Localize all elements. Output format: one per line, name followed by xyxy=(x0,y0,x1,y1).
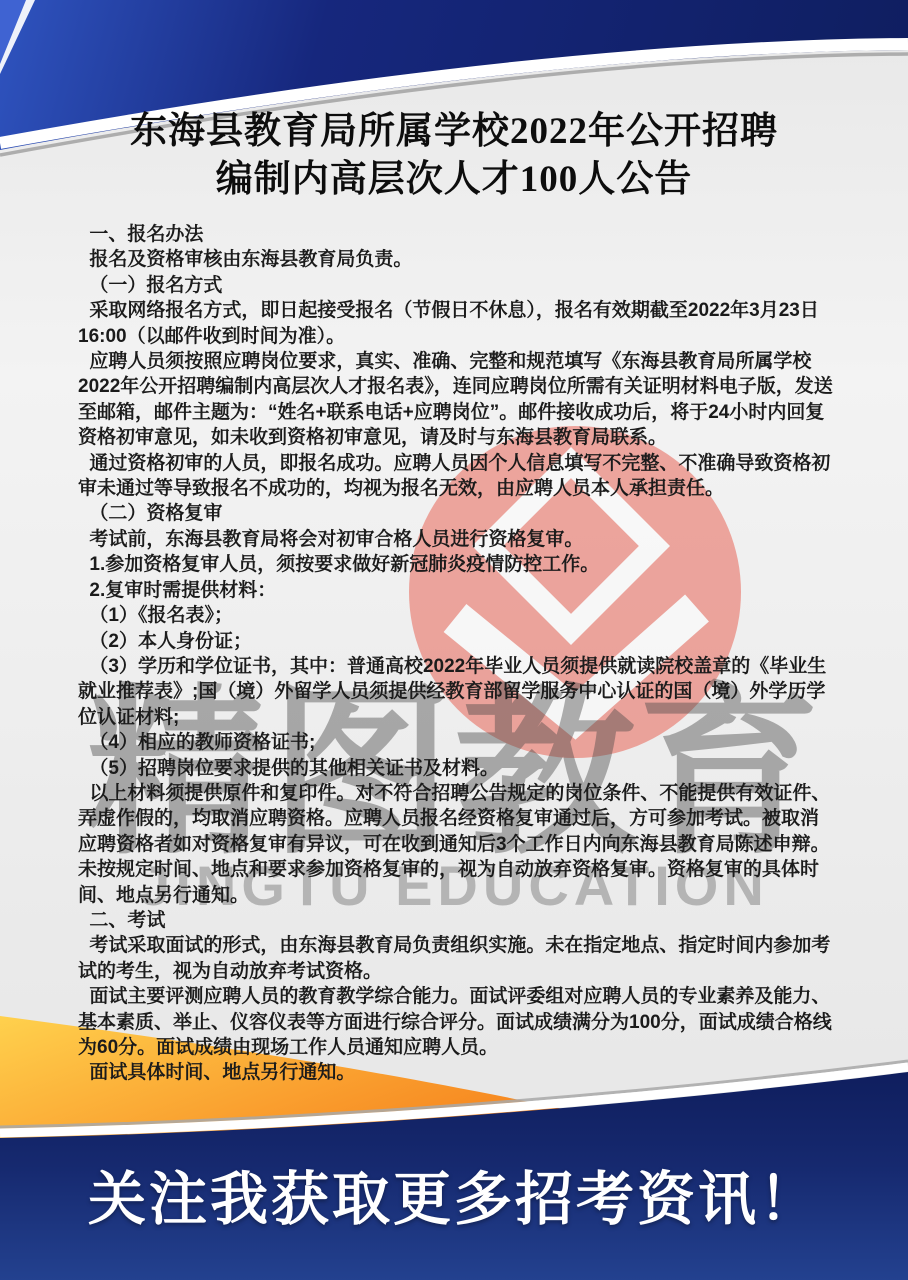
page-title: 东海县教育局所属学校2022年公开招聘 编制内高层次人才100人公告 xyxy=(0,108,908,204)
announcement-body: 一、报名办法报名及资格审核由东海县教育局负责。（一）报名方式采取网络报名方式，即… xyxy=(78,222,834,1086)
body-paragraph: 面试具体时间、地点另行通知。 xyxy=(78,1060,834,1085)
body-paragraph: （4）相应的教师资格证书; xyxy=(78,730,834,755)
body-paragraph: （二）资格复审 xyxy=(78,501,834,526)
body-paragraph: 报名及资格审核由东海县教育局负责。 xyxy=(78,247,834,272)
body-paragraph: 以上材料须提供原件和复印件。对不符合招聘公告规定的岗位条件、不能提供有效证件、弄… xyxy=(78,781,834,908)
body-paragraph: 1.参加资格复审人员，须按要求做好新冠肺炎疫情防控工作。 xyxy=(78,552,834,577)
content-layer: 东海县教育局所属学校2022年公开招聘 编制内高层次人才100人公告 一、报名办… xyxy=(0,0,908,1280)
body-paragraph: 考试采取面试的形式，由东海县教育局负责组织实施。未在指定地点、指定时间内参加考试… xyxy=(78,933,834,984)
body-paragraph: 一、报名办法 xyxy=(78,222,834,247)
title-line-2: 编制内高层次人才100人公告 xyxy=(0,156,908,204)
body-paragraph: 应聘人员须按照应聘岗位要求，真实、准确、完整和规范填写《东海县教育局所属学校20… xyxy=(78,349,834,451)
body-paragraph: 考试前，东海县教育局将会对初审合格人员进行资格复审。 xyxy=(78,527,834,552)
body-paragraph: 采取网络报名方式，即日起接受报名（节假日不休息），报名有效期截至2022年3月2… xyxy=(78,298,834,349)
recruitment-poster: 精图教育 JINGTU EDUCATION 东海县教育局所属学校2022年公开招… xyxy=(0,0,908,1280)
body-paragraph: （5）招聘岗位要求提供的其他相关证书及材料。 xyxy=(78,756,834,781)
body-paragraph: 面试主要评测应聘人员的教育教学综合能力。面试评委组对应聘人员的专业素养及能力、基… xyxy=(78,984,834,1060)
body-paragraph: （一）报名方式 xyxy=(78,273,834,298)
body-paragraph: 2.复审时需提供材料： xyxy=(78,578,834,603)
body-paragraph: 二、考试 xyxy=(78,908,834,933)
footer-cta-text: 关注我获取更多招考资讯！ xyxy=(0,1168,908,1232)
body-paragraph: （1）《报名表》； xyxy=(78,603,834,628)
body-paragraph: 通过资格初审的人员，即报名成功。应聘人员因个人信息填写不完整、不准确导致资格初审… xyxy=(78,451,834,502)
title-line-1: 东海县教育局所属学校2022年公开招聘 xyxy=(0,108,908,156)
body-paragraph: （2）本人身份证； xyxy=(78,629,834,654)
body-paragraph: （3）学历和学位证书，其中：普通高校2022年毕业人员须提供就读院校盖章的《毕业… xyxy=(78,654,834,730)
